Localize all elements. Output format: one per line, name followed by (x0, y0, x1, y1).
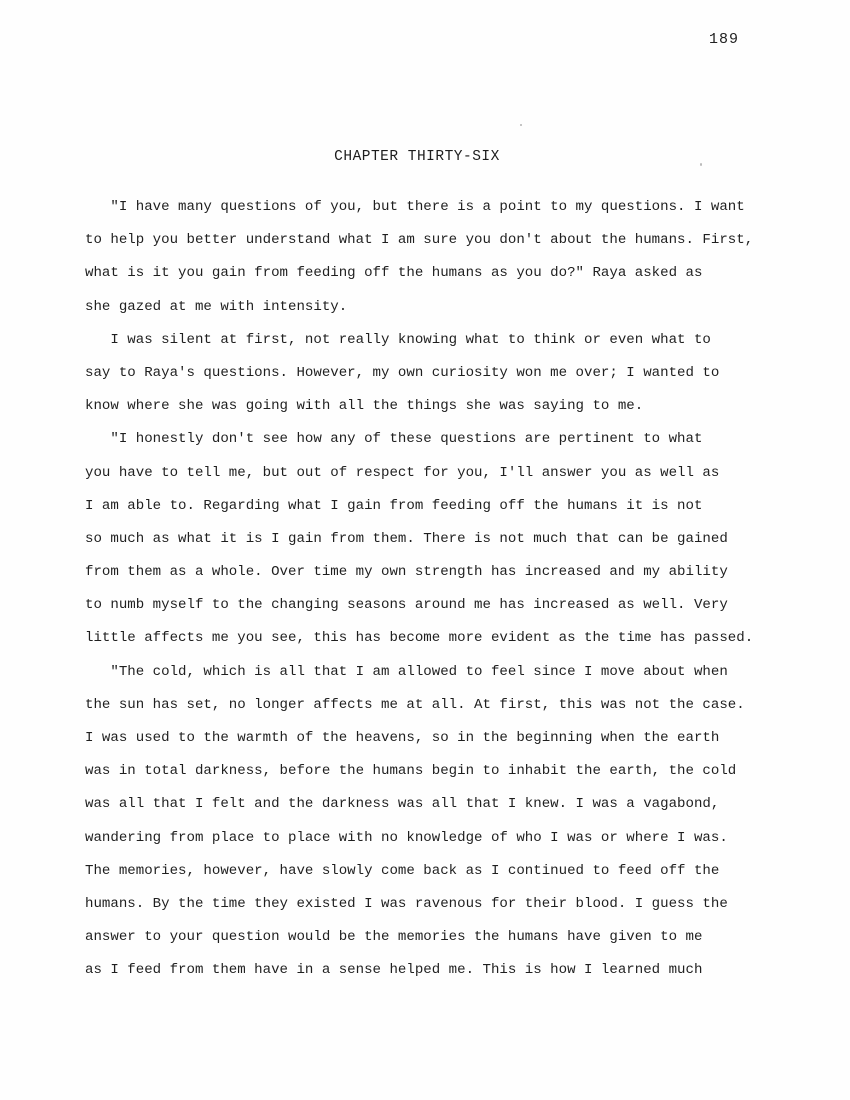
text-line: "The cold, which is all that I am allowe… (85, 656, 785, 689)
chapter-heading: CHAPTER THIRTY-SIX (85, 149, 749, 165)
text-line: you have to tell me, but out of respect … (85, 457, 785, 490)
text-line: say to Raya's questions. However, my own… (85, 357, 785, 390)
text-line: wandering from place to place with no kn… (85, 822, 785, 855)
text-line: answer to your question would be the mem… (85, 921, 785, 954)
text-line: "I have many questions of you, but there… (85, 191, 785, 224)
text-line: humans. By the time they existed I was r… (85, 888, 785, 921)
text-line: the sun has set, no longer affects me at… (85, 689, 785, 722)
text-line: "I honestly don't see how any of these q… (85, 423, 785, 456)
text-line: what is it you gain from feeding off the… (85, 257, 785, 290)
text-line: as I feed from them have in a sense help… (85, 954, 785, 987)
text-line: I was silent at first, not really knowin… (85, 324, 785, 357)
text-line: little affects me you see, this has beco… (85, 622, 785, 655)
scan-speck (520, 124, 522, 126)
text-line: to help you better understand what I am … (85, 224, 785, 257)
text-line: was in total darkness, before the humans… (85, 755, 785, 788)
text-line: from them as a whole. Over time my own s… (85, 556, 785, 589)
text-line: she gazed at me with intensity. (85, 291, 785, 324)
text-line: I was used to the warmth of the heavens,… (85, 722, 785, 755)
text-line: was all that I felt and the darkness was… (85, 788, 785, 821)
text-line: to numb myself to the changing seasons a… (85, 589, 785, 622)
text-line: know where she was going with all the th… (85, 390, 785, 423)
page-number: 189 (709, 31, 739, 48)
text-line: so much as what it is I gain from them. … (85, 523, 785, 556)
text-line: I am able to. Regarding what I gain from… (85, 490, 785, 523)
text-line: The memories, however, have slowly come … (85, 855, 785, 888)
body-text: "I have many questions of you, but there… (85, 191, 785, 988)
manuscript-page: 189 CHAPTER THIRTY-SIX "I have many ques… (0, 0, 850, 1100)
